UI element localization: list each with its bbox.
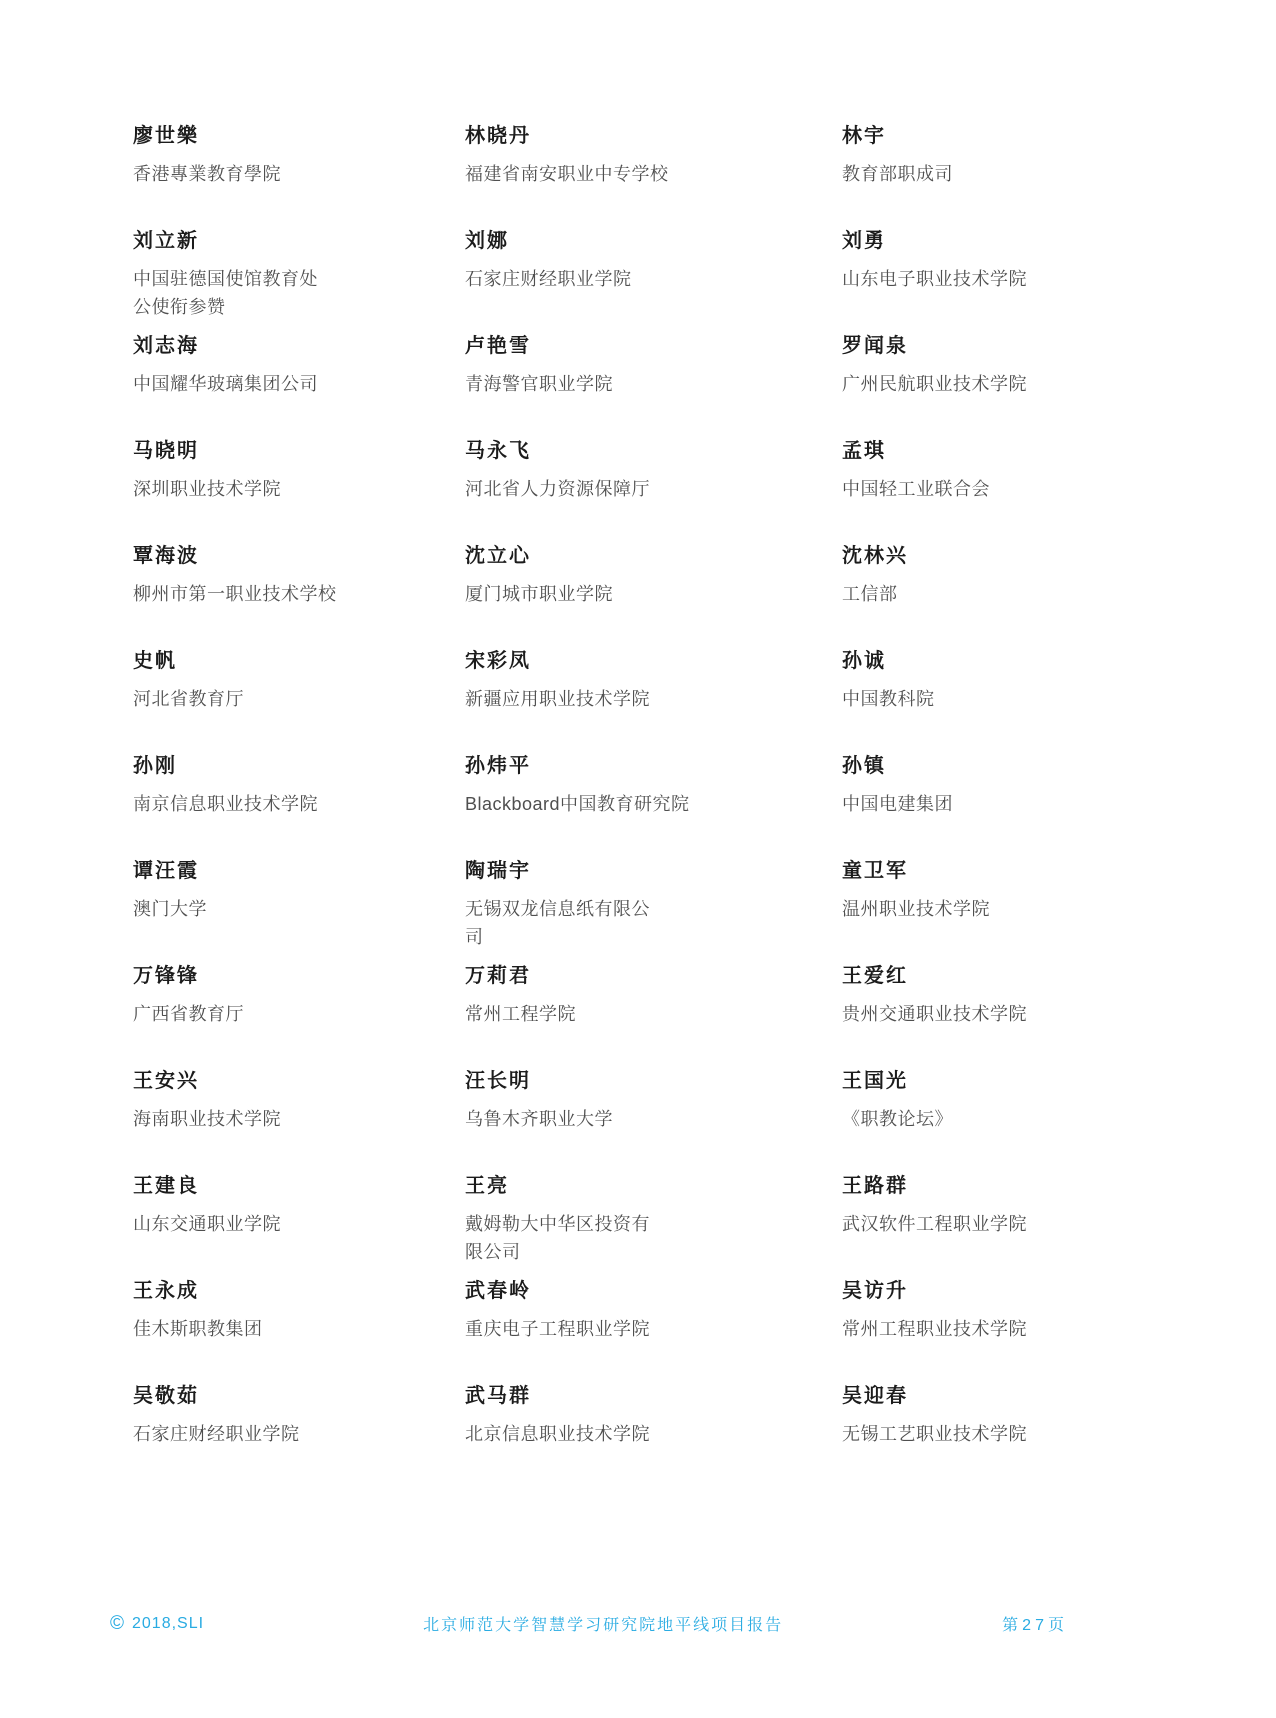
directory-entry: 林晓丹 福建省南安职业中专学校 xyxy=(465,123,842,228)
person-name: 孙炜平 xyxy=(465,753,842,779)
person-name: 孟琪 xyxy=(842,438,1196,464)
person-affiliation: 广州民航职业技术学院 xyxy=(842,370,1196,398)
directory-entry: 林宇 教育部职成司 xyxy=(842,123,1196,228)
person-affiliation: 佳木斯职教集团 xyxy=(133,1315,465,1343)
person-name: 陶瑞宇 xyxy=(465,858,842,884)
directory-entry: 王建良 山东交通职业学院 xyxy=(133,1173,465,1278)
person-name: 沈立心 xyxy=(465,543,842,569)
person-name: 林宇 xyxy=(842,123,1196,149)
person-affiliation: 温州职业技术学院 xyxy=(842,895,1196,923)
copyright-icon: © xyxy=(110,1614,125,1633)
page-footer: © 2018,SLI 北京师范大学智慧学习研究院地平线项目报告 第27页 xyxy=(110,1612,1068,1635)
directory-entry: 王亮 戴姆勒大中华区投资有 限公司 xyxy=(465,1173,842,1278)
directory-entry: 刘志海 中国耀华玻璃集团公司 xyxy=(133,333,465,438)
person-name: 孙镇 xyxy=(842,753,1196,779)
person-affiliation: 新疆应用职业技术学院 xyxy=(465,685,842,713)
directory-entry: 史帆 河北省教育厅 xyxy=(133,648,465,753)
person-affiliation: 厦门城市职业学院 xyxy=(465,580,842,608)
person-name: 刘勇 xyxy=(842,228,1196,254)
directory-entry: 王国光 《职教论坛》 xyxy=(842,1068,1196,1173)
directory-entry: 刘娜 石家庄财经职业学院 xyxy=(465,228,842,333)
directory-entry: 武马群 北京信息职业技术学院 xyxy=(465,1383,842,1488)
directory-entry: 马晓明 深圳职业技术学院 xyxy=(133,438,465,543)
person-name: 王建良 xyxy=(133,1173,465,1199)
directory-entry: 万莉君 常州工程学院 xyxy=(465,963,842,1068)
person-name: 孙刚 xyxy=(133,753,465,779)
person-name: 王爱红 xyxy=(842,963,1196,989)
directory-entry: 罗闻泉 广州民航职业技术学院 xyxy=(842,333,1196,438)
person-name: 童卫军 xyxy=(842,858,1196,884)
person-affiliation: 石家庄财经职业学院 xyxy=(465,265,842,293)
person-name: 王路群 xyxy=(842,1173,1196,1199)
person-affiliation: 深圳职业技术学院 xyxy=(133,475,465,503)
person-name: 林晓丹 xyxy=(465,123,842,149)
person-affiliation: 中国驻德国使馆教育处 公使衔参赞 xyxy=(133,265,465,321)
directory-entry: 吴敬茹 石家庄财经职业学院 xyxy=(133,1383,465,1488)
person-name: 廖世樂 xyxy=(133,123,465,149)
person-affiliation: 《职教论坛》 xyxy=(842,1105,1196,1133)
directory-entry: 沈林兴 工信部 xyxy=(842,543,1196,648)
person-affiliation: 无锡工艺职业技术学院 xyxy=(842,1420,1196,1448)
person-affiliation: 广西省教育厅 xyxy=(133,1000,465,1028)
directory-entry: 王爱红 贵州交通职业技术学院 xyxy=(842,963,1196,1068)
person-name: 谭汪霞 xyxy=(133,858,465,884)
directory-entry: 王路群 武汉软件工程职业学院 xyxy=(842,1173,1196,1278)
person-name: 吴迎春 xyxy=(842,1383,1196,1409)
person-affiliation: 常州工程职业技术学院 xyxy=(842,1315,1196,1343)
person-name: 王国光 xyxy=(842,1068,1196,1094)
person-affiliation: 工信部 xyxy=(842,580,1196,608)
directory-entry: 吴访升 常州工程职业技术学院 xyxy=(842,1278,1196,1383)
person-name: 王亮 xyxy=(465,1173,842,1199)
person-name: 罗闻泉 xyxy=(842,333,1196,359)
person-name: 吴敬茹 xyxy=(133,1383,465,1409)
directory-entry: 宋彩凤 新疆应用职业技术学院 xyxy=(465,648,842,753)
person-affiliation: 河北省人力资源保障厅 xyxy=(465,475,842,503)
person-name: 宋彩凤 xyxy=(465,648,842,674)
person-affiliation: 中国电建集团 xyxy=(842,790,1196,818)
person-name: 万莉君 xyxy=(465,963,842,989)
footer-report-title: 北京师范大学智慧学习研究院地平线项目报告 xyxy=(423,1612,783,1635)
directory-entry: 刘立新 中国驻德国使馆教育处 公使衔参赞 xyxy=(133,228,465,333)
directory-entry: 沈立心 厦门城市职业学院 xyxy=(465,543,842,648)
person-affiliation: 柳州市第一职业技术学校 xyxy=(133,580,465,608)
person-affiliation: 北京信息职业技术学院 xyxy=(465,1420,842,1448)
directory-entry: 童卫军 温州职业技术学院 xyxy=(842,858,1196,963)
footer-page-number: 第27页 xyxy=(1002,1612,1068,1635)
directory-entry: 廖世樂 香港專業教育學院 xyxy=(133,123,465,228)
person-name: 史帆 xyxy=(133,648,465,674)
directory-entry: 王安兴 海南职业技术学院 xyxy=(133,1068,465,1173)
directory-entry: 孟琪 中国轻工业联合会 xyxy=(842,438,1196,543)
person-affiliation: 中国耀华玻璃集团公司 xyxy=(133,370,465,398)
person-name: 孙诚 xyxy=(842,648,1196,674)
person-name: 刘立新 xyxy=(133,228,465,254)
directory-entry: 卢艳雪 青海警官职业学院 xyxy=(465,333,842,438)
person-name: 覃海波 xyxy=(133,543,465,569)
person-name: 马永飞 xyxy=(465,438,842,464)
directory-entry: 孙刚 南京信息职业技术学院 xyxy=(133,753,465,858)
footer-copyright: © 2018,SLI xyxy=(110,1614,204,1633)
person-affiliation: 教育部职成司 xyxy=(842,160,1196,188)
attendee-directory: 廖世樂 香港專業教育學院 林晓丹 福建省南安职业中专学校 林宇 教育部职成司 刘… xyxy=(133,123,1196,1488)
person-name: 武春岭 xyxy=(465,1278,842,1304)
person-affiliation: 重庆电子工程职业学院 xyxy=(465,1315,842,1343)
person-affiliation: 武汉软件工程职业学院 xyxy=(842,1210,1196,1238)
person-affiliation: 青海警官职业学院 xyxy=(465,370,842,398)
directory-entry: 孙炜平 Blackboard中国教育研究院 xyxy=(465,753,842,858)
person-affiliation: 香港專業教育學院 xyxy=(133,160,465,188)
person-affiliation: 福建省南安职业中专学校 xyxy=(465,160,842,188)
person-affiliation: 乌鲁木齐职业大学 xyxy=(465,1105,842,1133)
person-affiliation: 山东电子职业技术学院 xyxy=(842,265,1196,293)
person-name: 卢艳雪 xyxy=(465,333,842,359)
directory-entry: 陶瑞宇 无锡双龙信息纸有限公 司 xyxy=(465,858,842,963)
person-affiliation: Blackboard中国教育研究院 xyxy=(465,790,842,818)
person-name: 马晓明 xyxy=(133,438,465,464)
directory-entry: 谭汪霞 澳门大学 xyxy=(133,858,465,963)
person-affiliation: 贵州交通职业技术学院 xyxy=(842,1000,1196,1028)
person-affiliation: 中国轻工业联合会 xyxy=(842,475,1196,503)
person-name: 刘娜 xyxy=(465,228,842,254)
directory-entry: 覃海波 柳州市第一职业技术学校 xyxy=(133,543,465,648)
person-name: 万锋锋 xyxy=(133,963,465,989)
report-page: 廖世樂 香港專業教育學院 林晓丹 福建省南安职业中专学校 林宇 教育部职成司 刘… xyxy=(0,0,1276,1718)
directory-entry: 马永飞 河北省人力资源保障厅 xyxy=(465,438,842,543)
directory-entry: 吴迎春 无锡工艺职业技术学院 xyxy=(842,1383,1196,1488)
person-name: 汪长明 xyxy=(465,1068,842,1094)
person-affiliation: 中国教科院 xyxy=(842,685,1196,713)
person-name: 沈林兴 xyxy=(842,543,1196,569)
person-affiliation: 石家庄财经职业学院 xyxy=(133,1420,465,1448)
person-name: 武马群 xyxy=(465,1383,842,1409)
person-affiliation: 无锡双龙信息纸有限公 司 xyxy=(465,895,842,951)
directory-entry: 王永成 佳木斯职教集团 xyxy=(133,1278,465,1383)
person-name: 吴访升 xyxy=(842,1278,1196,1304)
copyright-text: 2018,SLI xyxy=(132,1615,204,1633)
directory-entry: 武春岭 重庆电子工程职业学院 xyxy=(465,1278,842,1383)
directory-entry: 孙镇 中国电建集团 xyxy=(842,753,1196,858)
person-affiliation: 常州工程学院 xyxy=(465,1000,842,1028)
person-affiliation: 南京信息职业技术学院 xyxy=(133,790,465,818)
person-affiliation: 山东交通职业学院 xyxy=(133,1210,465,1238)
person-affiliation: 河北省教育厅 xyxy=(133,685,465,713)
person-name: 刘志海 xyxy=(133,333,465,359)
person-affiliation: 戴姆勒大中华区投资有 限公司 xyxy=(465,1210,842,1266)
person-affiliation: 海南职业技术学院 xyxy=(133,1105,465,1133)
directory-entry: 万锋锋 广西省教育厅 xyxy=(133,963,465,1068)
directory-entry: 刘勇 山东电子职业技术学院 xyxy=(842,228,1196,333)
directory-entry: 孙诚 中国教科院 xyxy=(842,648,1196,753)
person-name: 王安兴 xyxy=(133,1068,465,1094)
person-name: 王永成 xyxy=(133,1278,465,1304)
person-affiliation: 澳门大学 xyxy=(133,895,465,923)
directory-entry: 汪长明 乌鲁木齐职业大学 xyxy=(465,1068,842,1173)
